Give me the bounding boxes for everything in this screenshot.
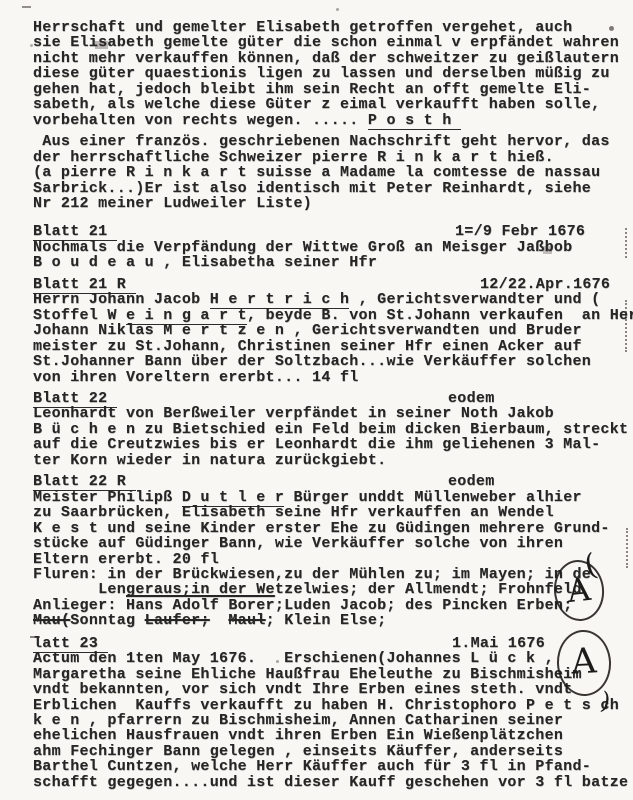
text-line: gehen hat, jedoch bleibt ihm sein Recht … — [33, 82, 625, 97]
text-segment: Stoffel W — [33, 307, 126, 324]
text-segment: ter Korn wieder in natura zurückgiebt. — [33, 452, 386, 469]
text-line: von ihren Voreltern ererbt... 14 fl — [33, 370, 625, 385]
text-segment: , beyde B. von St.Johann verkaufen an He… — [247, 307, 633, 324]
text-line: Aus einer französ. geschriebenen Nachsch… — [33, 134, 625, 149]
text-segment: nicht mehr verkauffen können, daß der sc… — [33, 50, 619, 67]
text-line: meister zu St.Johann, Christinen seiner … — [33, 339, 625, 354]
text-line: Nochmals die Verpfändung der Wittwe Groß… — [33, 240, 625, 255]
text-segment: K e s t und seine Kinder erster Ehe zu G… — [33, 520, 610, 537]
text-segment: k e n , pfarrern zu Bischmisheim, Annen … — [33, 712, 563, 729]
text-segment: , Gerichtsverwandter und ( — [349, 291, 600, 308]
text-segment: Herrn Johann Jacob — [33, 291, 210, 308]
entry-heading-row: Blatt 211=/9 Febr 1676 — [33, 224, 625, 239]
text-line: Leonhardt von Berßweiler verpfändet in s… — [33, 406, 625, 421]
text-line: Lengeraus;in der Wetzelwies; der Allmend… — [33, 582, 625, 597]
text-line: K e s t und seine Kinder erster Ehe zu G… — [33, 521, 625, 536]
entry-block: Blatt 22 ReodemMeister Philipß D u t l e… — [33, 474, 625, 629]
text-line: Meister Philipß D u t l e r Bürger unddt… — [33, 490, 625, 505]
text-segment: meister zu St.Johann, Christinen seiner … — [33, 338, 582, 355]
entry-date: eodem — [448, 474, 495, 489]
text-segment: sabeth, als welche diese Güter z eimal v… — [33, 96, 600, 113]
text-line: ahm Fechinger Bann gelegen , einseits Kä… — [33, 744, 625, 759]
text-segment: Sonntag — [70, 612, 144, 629]
text-segment: Actum den 1ten May 1676. Erschienen(Joha… — [33, 650, 554, 667]
text-segment: Meister Philipß — [33, 489, 182, 506]
entry-block: Blatt 22eodemLeonhardt von Berßweiler ve… — [33, 391, 625, 468]
text-line: vndt bekannten, vor sich vndt Ihre Erben… — [33, 682, 625, 697]
scan-artifact — [336, 8, 339, 11]
text-segment: Sarbrick...)Er ist also identisch mit Pe… — [33, 180, 591, 197]
text-segment: (a pierre R i n k a r t suisse a Madame … — [33, 164, 600, 181]
scan-edge-dots — [625, 228, 627, 258]
text-line: k e n , pfarrern zu Bischmisheim, Annen … — [33, 713, 625, 728]
text-segment: Leonhardt von Berßweiler verpfändet in s… — [33, 405, 554, 422]
document-content: Herrschaft und gemelter Elisabeth getrof… — [33, 14, 625, 790]
text-segment: stücke auf Güdinger Bann, wie Verkäuffer… — [33, 535, 563, 552]
text-line: St.Johanner Bann über der Soltzbach...wi… — [33, 354, 625, 369]
text-line: ter Korn wieder in natura zurückgiebt. — [33, 453, 625, 468]
entry-block: latt 231.Mai 1676Actum den 1ten May 1676… — [33, 636, 625, 791]
text-segment: ahm Fechinger Bann gelegen , einseits Kä… — [33, 743, 563, 760]
text-line: Margaretha seine Ehliche Haußfrau Eheleu… — [33, 667, 625, 682]
text-line: Erblichen Kauffs verkaufft zu haben H. C… — [33, 698, 625, 713]
text-segment: Johann Niklas M e r t z e n , Gerichtsve… — [33, 322, 582, 339]
entry-date: 1=/9 Febr 1676 — [455, 224, 585, 239]
text-segment: schafft gegegen....und ist dieser Kauff … — [33, 774, 628, 791]
text-segment: der herrschaftliche Schweizer pierre R i… — [33, 149, 554, 166]
text-segment: St.Johanner Bann über der Soltzbach...wi… — [33, 353, 591, 370]
text-segment: Erblichen Kauffs verkaufft zu haben H. C… — [33, 697, 619, 714]
text-line: Barthel Cuntzen, welche Herr Käuffer auc… — [33, 759, 625, 774]
text-segment: Fluren: in der Brückwiesen,zu der Mühlen… — [33, 566, 591, 583]
entry-heading-row: Blatt 22 Reodem — [33, 474, 625, 489]
scan-artifact — [22, 6, 31, 8]
entry-heading-row: latt 231.Mai 1676 — [33, 636, 625, 651]
text-segment: B ü c h e n zu Bietschied ein Feld beim … — [33, 421, 628, 438]
text-segment: zu Saarbrücken, Elisabeth seine Hfr verk… — [33, 504, 554, 521]
text-line: (a pierre R i n k a r t suisse a Madame … — [33, 165, 625, 180]
text-segment: Margaretha seine Ehliche Haußfrau Eheleu… — [33, 666, 582, 683]
entry-date: 12/22.Apr.1676 — [480, 277, 610, 292]
text-segment: Herrschaft und gemelter Elisabeth getrof… — [33, 19, 572, 36]
text-line: ehelichen Hausfrauen vndt ihren Erben Ei… — [33, 728, 625, 743]
text-segment: ; Klein Else; — [266, 612, 387, 629]
text-line: Mau(Sonntag Laufer; Maul; Klein Else; — [33, 613, 625, 628]
text-segment: ehelichen Hausfrauen vndt ihren Erben Ei… — [33, 727, 563, 744]
text-segment: auf die Creutzwies bis er Leonhardt die … — [33, 436, 600, 453]
text-segment: sie Elisabeth gemelte güter die schon ei… — [33, 34, 619, 51]
text-segment: Barthel Cuntzen, welche Herr Käuffer auc… — [33, 758, 591, 775]
text-line: auf die Creutzwies bis er Leonhardt die … — [33, 437, 625, 452]
text-line: Anlieger: Hans Adolf Borer;Luden Jacob; … — [33, 598, 625, 613]
entry-block: Blatt 21 R12/22.Apr.1676Herrn Johann Jac… — [33, 277, 625, 385]
text-line: schafft gegegen....und ist dieser Kauff … — [33, 775, 625, 790]
text-segment: gehen hat, jedoch bleibt ihm sein Recht … — [33, 81, 591, 98]
text-segment: Hans Adolf Borer — [126, 597, 275, 614]
text-line: zu Saarbrücken, Elisabeth seine Hfr verk… — [33, 505, 625, 520]
entry-date: eodem — [448, 391, 495, 406]
paragraph-block: Aus einer französ. geschriebenen Nachsch… — [33, 134, 625, 211]
text-segment: vorbehalten von rechts wegen. ..... — [33, 112, 368, 129]
text-line: sie Elisabeth gemelte güter die schon ei… — [33, 35, 625, 50]
text-line: Sarbrick...)Er ist also identisch mit Pe… — [33, 181, 625, 196]
entry-block: Blatt 211=/9 Febr 1676Nochmals die Verpf… — [33, 224, 625, 270]
text-segment: Aus einer französ. geschriebenen Nachsch… — [33, 133, 610, 150]
text-segment — [210, 612, 229, 629]
text-segment: diese güter quaestionis ligen zu lassen … — [33, 65, 610, 82]
text-segment: Mau( — [33, 612, 70, 629]
text-segment: Maul — [228, 612, 265, 629]
text-line: Actum den 1ten May 1676. Erschienen(Joha… — [33, 651, 625, 666]
text-line: Eltern ererbt. 20 fl — [33, 552, 625, 567]
text-line: diese güter quaestionis ligen zu lassen … — [33, 66, 625, 81]
text-line: vorbehalten von rechts wegen. ..... P o … — [33, 113, 625, 128]
text-segment: ;Luden Jacob; des Pincken Erben; — [275, 597, 573, 614]
entry-heading-row: Blatt 21 R12/22.Apr.1676 — [33, 277, 625, 292]
text-line: nicht mehr verkauffen können, daß der sc… — [33, 51, 625, 66]
document-page: Herrschaft und gemelter Elisabeth getrof… — [0, 0, 633, 800]
entry-date: 1.Mai 1676 — [452, 636, 545, 651]
text-line: Herrschaft und gemelter Elisabeth getrof… — [33, 20, 625, 35]
text-line: Stoffel W e i n g a r t, beyde B. von St… — [33, 308, 625, 323]
text-line: der herrschaftliche Schweizer pierre R i… — [33, 150, 625, 165]
text-segment: Laufer; — [145, 612, 210, 629]
scan-edge-dots — [626, 528, 628, 568]
text-line: Fluren: in der Brückwiesen,zu der Mühlen… — [33, 567, 625, 582]
text-line: B ü c h e n zu Bietschied ein Feld beim … — [33, 422, 625, 437]
text-segment: vndt bekannten, vor sich vndt Ihre Erben… — [33, 681, 572, 698]
text-segment: Eltern ererbt. 20 fl — [33, 551, 219, 568]
paragraph-block: Herrschaft und gemelter Elisabeth getrof… — [33, 20, 625, 128]
text-segment: P o s t h — [368, 112, 461, 130]
text-line: Nr 212 meiner Ludweiler Liste) — [33, 196, 625, 211]
text-line: sabeth, als welche diese Güter z eimal v… — [33, 97, 625, 112]
text-segment: Bürger unddt Müllenweber alhier — [284, 489, 582, 506]
text-segment: Nr 212 meiner Ludweiler Liste) — [33, 195, 312, 212]
text-line: B o u d e a u , Elisabetha seiner Hfr — [33, 255, 625, 270]
text-segment: B o u d e a u , Elisabetha seiner Hfr — [33, 254, 377, 271]
text-segment: Lengeraus;in der Wetzelwies; der Allmend… — [33, 581, 582, 598]
text-segment: Anlieger: — [33, 597, 126, 614]
entry-heading-row: Blatt 22eodem — [33, 391, 625, 406]
text-segment: Nochmals die Verpfändung der Wittwe Groß… — [33, 239, 572, 256]
text-line: Herrn Johann Jacob H e r t r i c h , Ger… — [33, 292, 625, 307]
text-line: Johann Niklas M e r t z e n , Gerichtsve… — [33, 323, 625, 338]
text-line: stücke auf Güdinger Bann, wie Verkäuffer… — [33, 536, 625, 551]
text-segment: von ihren Voreltern ererbt... 14 fl — [33, 369, 359, 386]
